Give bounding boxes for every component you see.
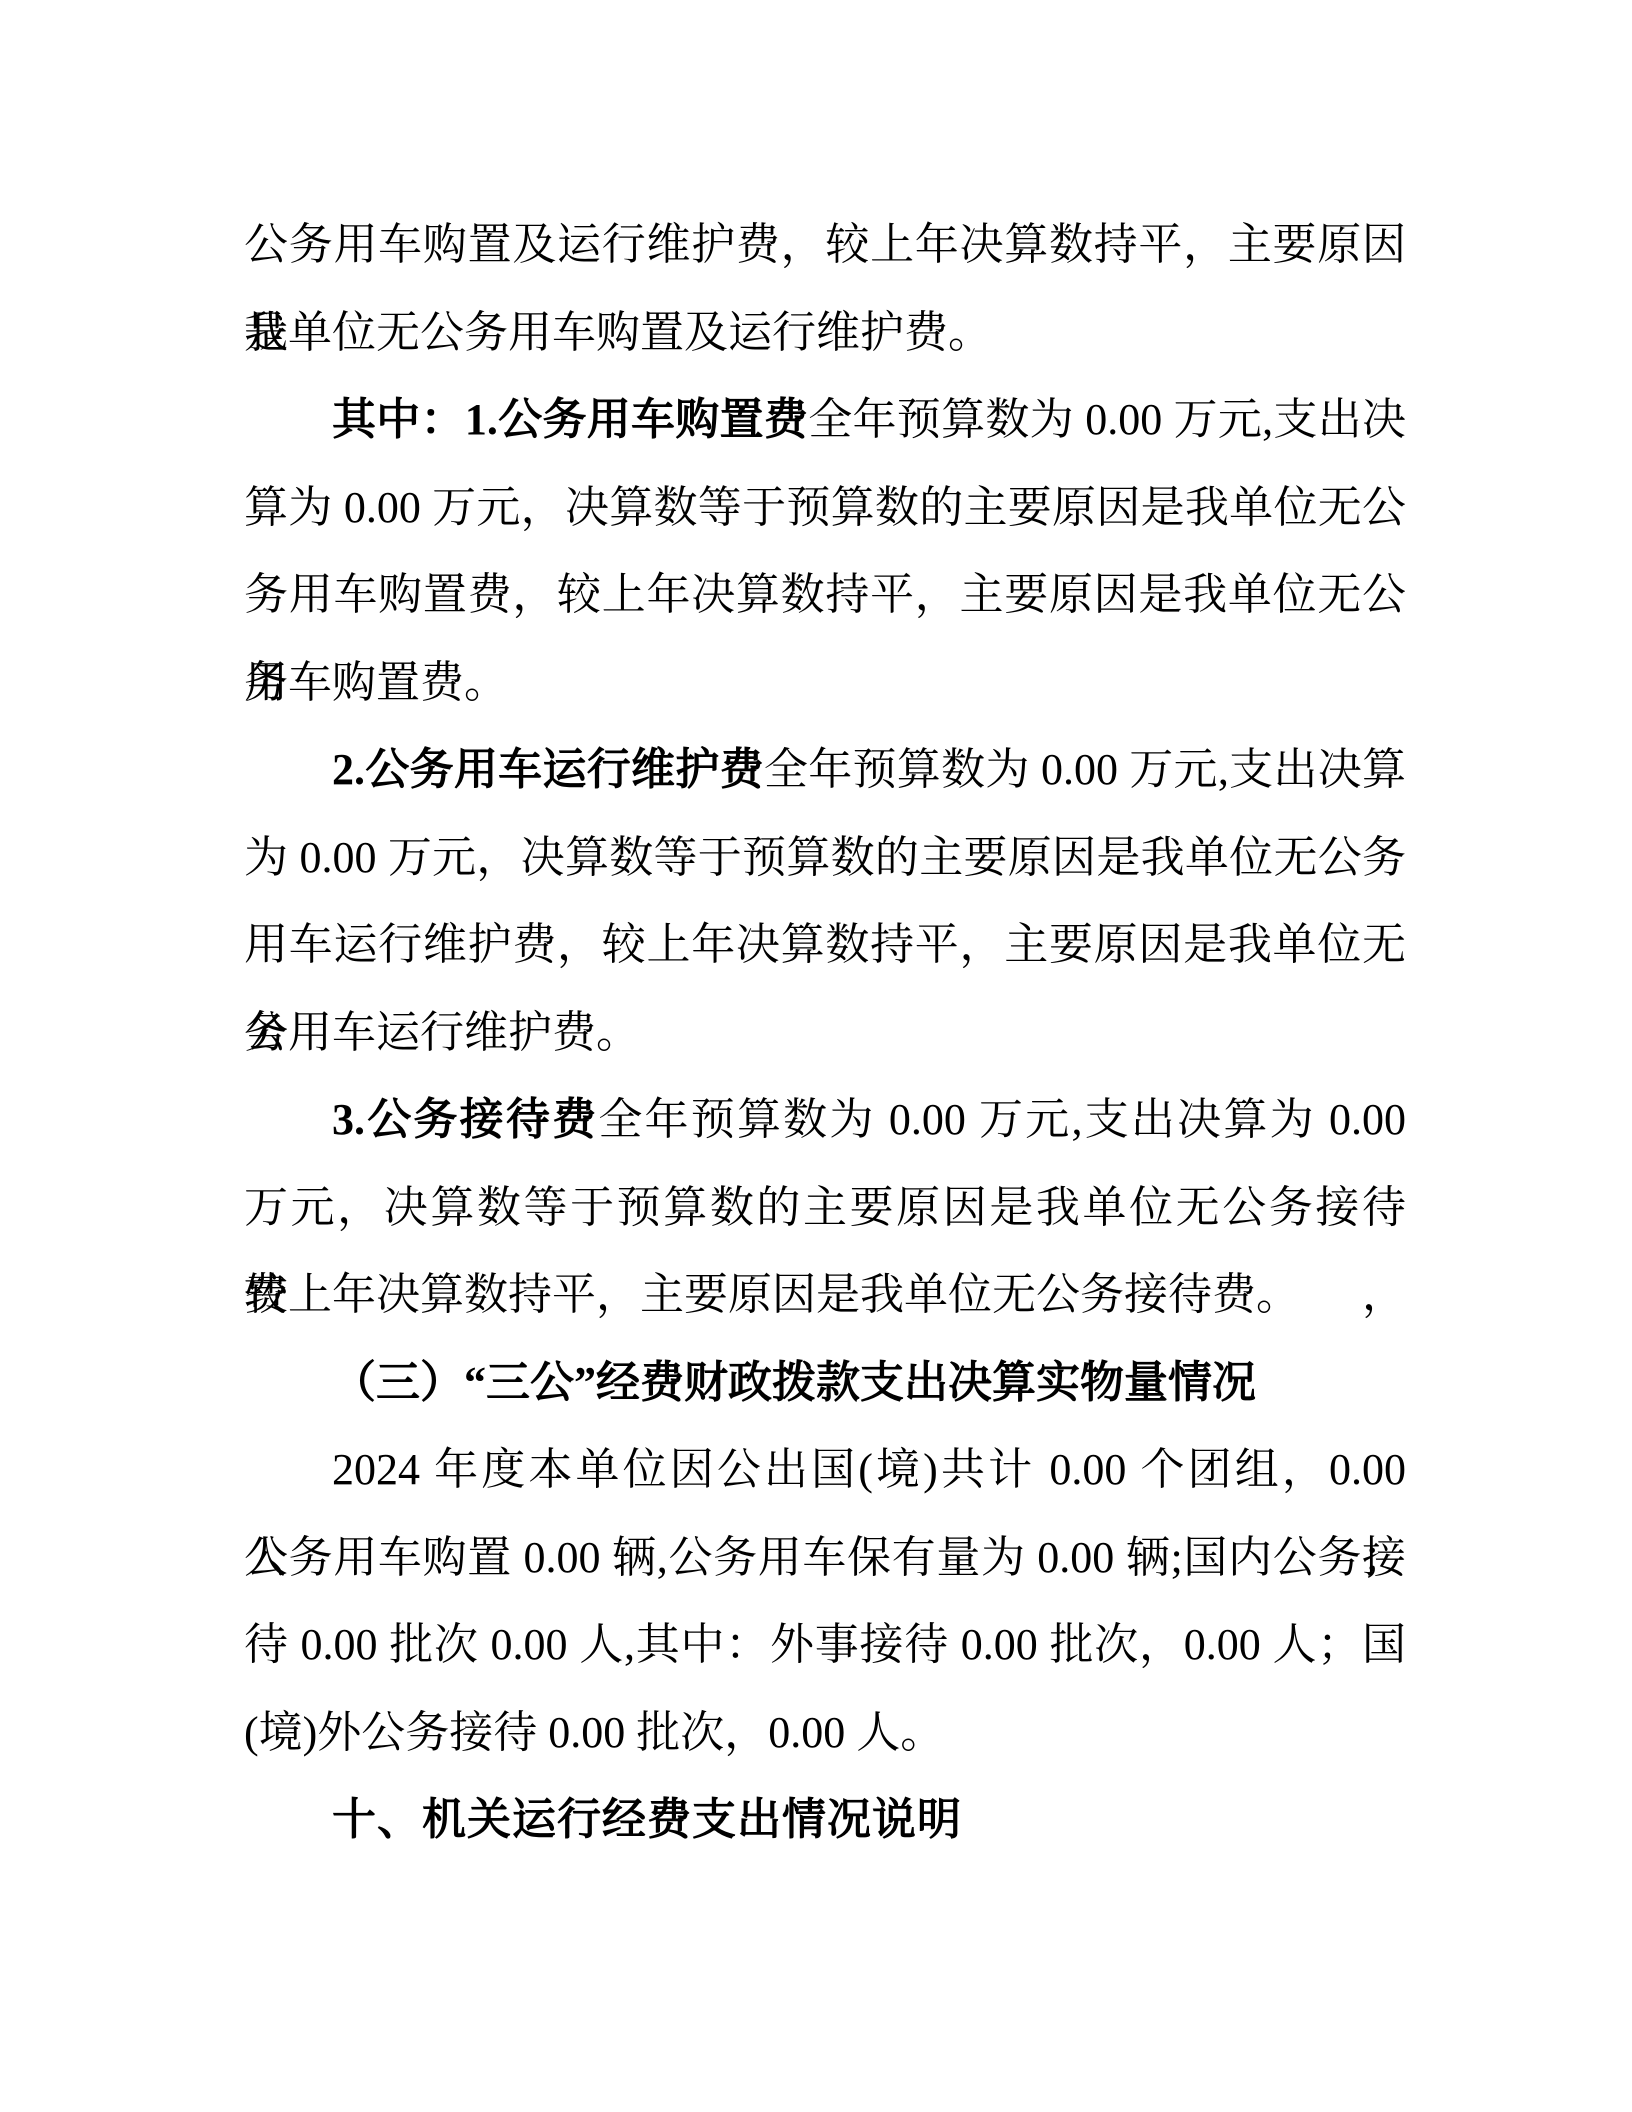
text-line: 务用车运行维护费。 [244, 989, 1406, 1077]
emphasized-text-run: 其中：1.公务用车购置费 [332, 395, 808, 444]
section-heading-line: 十、机关运行经费支出情况说明 [244, 1776, 1406, 1864]
text-line: 公务用车购置及运行维护费，较上年决算数持平，主要原因是 [244, 201, 1406, 289]
text-line: 2.公务用车运行维护费全年预算数为 0.00 万元,支出决算 [244, 726, 1406, 814]
text-run: 用车购置费。 [244, 658, 508, 707]
text-line: 待 0.00 批次 0.00 人,其中：外事接待 0.00 批次，0.00 人；… [244, 1601, 1406, 1689]
document-text-block: 公务用车购置及运行维护费，较上年决算数持平，主要原因是我单位无公务用车购置及运行… [244, 201, 1406, 1864]
text-line: 算为 0.00 万元，决算数等于预算数的主要原因是我单位无公 [244, 464, 1406, 552]
emphasized-text-run: （三）“三公”经费财政拨款支出决算实物量情况 [332, 1358, 1256, 1407]
text-line: 务用车购置费，较上年决算数持平，主要原因是我单位无公务 [244, 551, 1406, 639]
text-run: (境)外公务接待 0.00 批次，0.00 人。 [244, 1708, 944, 1757]
text-run: 算为 0.00 万元，决算数等于预算数的主要原因是我单位无公 [244, 483, 1406, 532]
text-line: (境)外公务接待 0.00 批次，0.00 人。 [244, 1689, 1406, 1777]
text-run: 务用车运行维护费。 [244, 1008, 640, 1057]
text-run: 为 0.00 万元，决算数等于预算数的主要原因是我单位无公务 [244, 833, 1406, 882]
text-line: 用车运行维护费，较上年决算数持平，主要原因是我单位无公 [244, 901, 1406, 989]
text-line: 3.公务接待费全年预算数为 0.00 万元,支出决算为 0.00 [244, 1076, 1406, 1164]
emphasized-text-run: 3.公务接待费 [332, 1095, 598, 1144]
text-line: 较上年决算数持平，主要原因是我单位无公务接待费。 [244, 1251, 1406, 1339]
emphasized-text-run: 十、机关运行经费支出情况说明 [332, 1795, 962, 1844]
text-run: 待 0.00 批次 0.00 人,其中：外事接待 0.00 批次，0.00 人；… [244, 1620, 1406, 1669]
text-line: 其中：1.公务用车购置费全年预算数为 0.00 万元,支出决 [244, 376, 1406, 464]
text-line: 公务用车购置 0.00 辆,公务用车保有量为 0.00 辆;国内公务接 [244, 1514, 1406, 1602]
text-run: 我单位无公务用车购置及运行维护费。 [244, 308, 992, 357]
text-run: 全年预算数为 0.00 万元,支出决算为 0.00 [598, 1095, 1406, 1144]
text-line: 万元，决算数等于预算数的主要原因是我单位无公务接待费， [244, 1164, 1406, 1252]
text-line: 为 0.00 万元，决算数等于预算数的主要原因是我单位无公务 [244, 814, 1406, 902]
text-run: 全年预算数为 0.00 万元,支出决 [808, 395, 1406, 444]
text-run: 全年预算数为 0.00 万元,支出决算 [764, 745, 1406, 794]
text-line: 用车购置费。 [244, 639, 1406, 727]
text-line: 我单位无公务用车购置及运行维护费。 [244, 289, 1406, 377]
text-run: 公务用车购置 0.00 辆,公务用车保有量为 0.00 辆;国内公务接 [244, 1533, 1406, 1582]
text-line: 2024 年度本单位因公出国(境)共计 0.00 个团组，0.00 人； [244, 1426, 1406, 1514]
subsection-heading-line: （三）“三公”经费财政拨款支出决算实物量情况 [244, 1339, 1406, 1427]
text-run: 较上年决算数持平，主要原因是我单位无公务接待费。 [244, 1270, 1300, 1319]
document-page: 公务用车购置及运行维护费，较上年决算数持平，主要原因是我单位无公务用车购置及运行… [0, 0, 1632, 2112]
emphasized-text-run: 2.公务用车运行维护费 [332, 745, 764, 794]
